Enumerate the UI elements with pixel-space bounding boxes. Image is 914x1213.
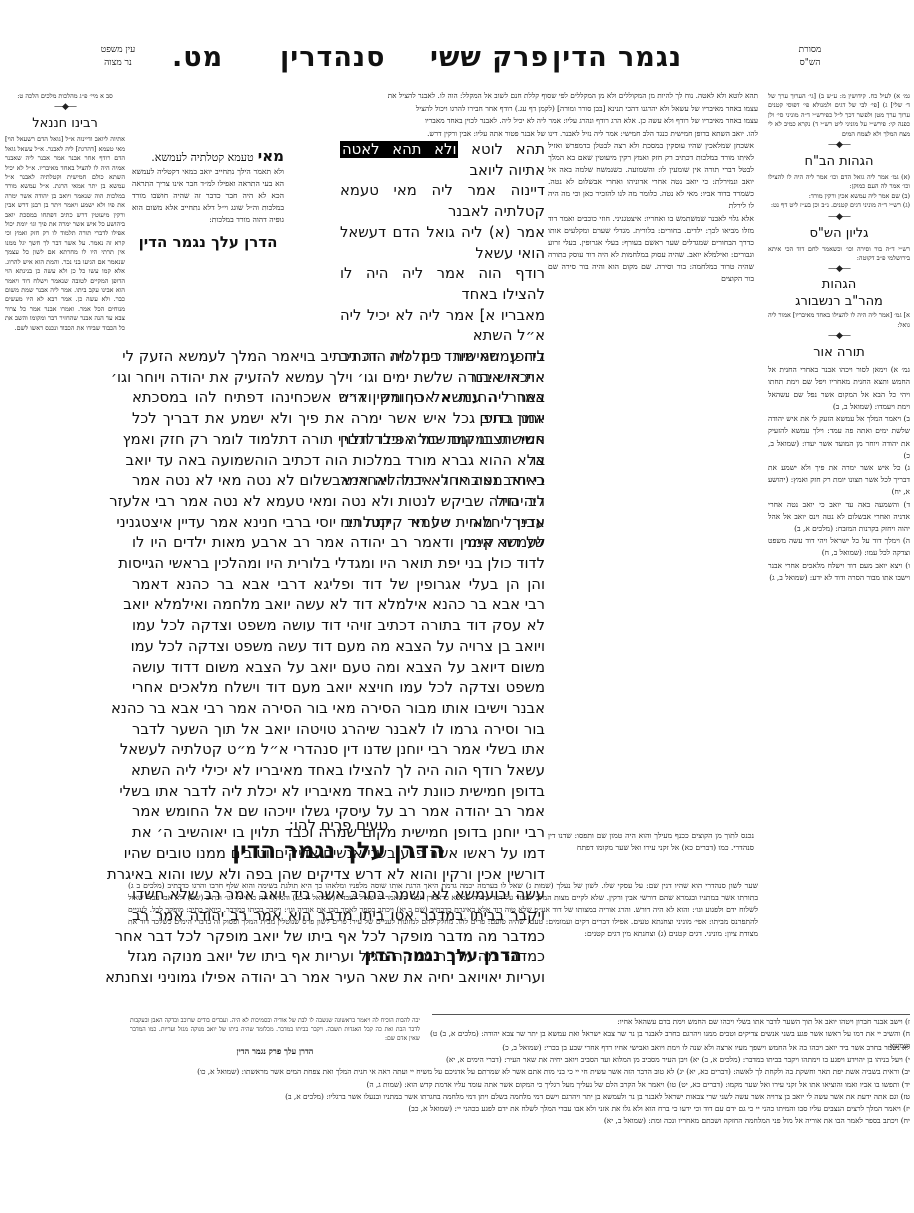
gemara-line: את איש יהודה שלשת ימים וגו׳ וילך עמשא לה… — [132, 368, 545, 389]
tosafot-hadran: הדרן עלך נגמר הדין — [132, 230, 284, 254]
ein-mishpat-column: סב א מיי׳ פ״ג מהלכות מלכים הלכה ט: —◆— ר… — [5, 92, 125, 1195]
gemara-line: כי יואב נטה אחרי אדניה ואחרי אבשלום לא נ… — [132, 471, 545, 492]
rashi-bottom-text: שער לשון סנהדרי הוא שהיו דנין שם: על עסק… — [128, 880, 758, 940]
right-margin-column: גמ׳ א) לעיל כח. קידושין מ: ע״ש ב) [גי׳ ה… — [768, 92, 910, 584]
ornament-divider-icon: —◆— — [768, 330, 910, 342]
gemara-line: רבי אבא בר כהנא אילמלא דוד לא עשה יואב מ… — [132, 595, 545, 616]
gemara-line: אמר כתיב גכל איש אשר ימרה את פיך ולא ישמ… — [132, 409, 545, 430]
gemara-text: תהא לוטא — [458, 141, 545, 158]
gemara-closing: טעים פרים להו: — [132, 816, 545, 837]
torah-or-item: ד) והשמעה באה עד יואב כי יואב נטה אחרי א… — [768, 499, 910, 536]
tractate-name: סנהדרין — [280, 42, 385, 73]
footnotes-wide: לא נשמר בחרב אשר ביד יואב ויכהו בה אל הח… — [130, 1042, 910, 1127]
text-selection-highlight[interactable]: ולא תהא לאטה — [340, 141, 458, 158]
top-commentary-line: תהא לוטא ולא לאטה. נוח לך להיות מן המקול… — [128, 90, 758, 103]
ornament-divider-icon: —◆— — [768, 263, 910, 275]
gemara-line: בור וסירה גרמו לו לאבנר שיהרג טויטהו יוא… — [132, 720, 545, 741]
gemara-line: רודף הוה אמר ליה היה לו להצילו באחד — [340, 264, 545, 305]
top-commentary-line: עצמו באחד מאיבריו של רודף ולא עשה כן. אל… — [128, 115, 758, 128]
torah-or-item: ג) כל איש אשר ימרה את פיך ולא ישמע את דב… — [768, 462, 910, 499]
ein-mishpat-label-line2: נר מצוה — [88, 57, 148, 70]
masoret-hashas-label-line1: מסורת — [780, 44, 840, 57]
torah-or-list: גמ׳ א) וימאן לסור ויכהו אבנר באחרי החנית… — [768, 364, 910, 584]
ornament-divider-icon: —◆— — [768, 139, 910, 151]
tosafot-dibbur-rest: טעמא קטלתיה לעמשא. — [151, 151, 253, 164]
gemara-line-0: תהא לוטא ולא תהא לאטה אתיוה ליואב — [340, 140, 545, 181]
gemara-line: אבנר וישיבו אותו מבור הסירה מאי בור הסיר… — [132, 699, 545, 720]
folio-number: מט. — [172, 42, 223, 73]
hagahot-habach-item: (ב) שם אמר ליה עמשא אכין ורקין מורד: — [768, 192, 910, 201]
footnote-line: לא נשמר בחרב אשר ביד יואב ויכהו בה אל הח… — [130, 1042, 910, 1054]
top-commentary-line: עצמו באחד מאיבריו של עשאל ולא יהרגנו דהכ… — [128, 103, 758, 116]
gilyon-hashas-title: גליון הש"ס — [768, 225, 910, 243]
hagahot-maharab-title: הגהות — [768, 277, 910, 292]
rabbeinu-chananel-title: רבינו חננאל — [5, 115, 125, 133]
chapter-name: נגמר הדין — [552, 42, 682, 73]
footnote-line: יז) ויאמר המלך לרצים הנצבים עליו סבו והמ… — [130, 1103, 910, 1115]
ornament-divider-icon: —◆— — [5, 101, 125, 113]
rashi-column-end: נכנס לתוך מן הקוצים ככנף מעילך והוא היה … — [548, 830, 754, 854]
gemara-line: משפט וצדקה לכל עמו חויצא יואב מעם דוד וי… — [132, 678, 545, 699]
footnote-left-text: יבה להבות הוכיח לה ויאמר בראשונה שנשבה ל… — [130, 1016, 420, 1043]
footnote-divider — [432, 1014, 910, 1015]
gemara-line: של דוד קיימין ודאמר רב יהודה אמר רב ארבע… — [132, 533, 545, 554]
torah-or-item: ב) ויאמר המלך אל עמשא הזעק לי את איש יהו… — [768, 413, 910, 462]
torah-or-title: תורה אור — [768, 344, 910, 362]
hagahot-maharab-text: א] גמ׳ [אמר ליה היה לו להצילו באחד מאיבר… — [768, 311, 910, 330]
gemara-line: לא עסק דוד בתורה דכתיב זויהי דוד עושה מש… — [132, 616, 545, 637]
torah-or-item: גמ׳ א) וימאן לסור ויכהו אבנר באחרי החנית… — [768, 364, 910, 413]
gilyon-hashas-text: רש״י ד״ה בור וסירה וכו׳ וכשאמר לחם דוד ה… — [768, 245, 910, 264]
tosafot-dibbur-word: מאי — [258, 147, 284, 165]
top-commentary-line: להו. יואב השתא בדופן חמישית כנגד הלב חמי… — [128, 128, 758, 141]
gemara-line: לדוד כולן בני יפת תואר היו ומגדלי בלורית… — [132, 554, 545, 575]
gemara-line: עדיין ליחלוחית של דוד קיימת רבי יוסי ברב… — [132, 513, 545, 534]
rashi-text-upper: אשכחן שמלאכין שהיו עוסקין במסכת ולא רצה … — [548, 140, 754, 213]
gemara-hadran: הדרן עלך נגמר הדין — [132, 836, 545, 866]
footnote-line: י) ויעל בניהו בן יהוידע ויפגע בו וימתהו … — [130, 1054, 910, 1066]
tosafot-heading: מאי טעמא קטלתיה לעמשא. — [132, 148, 284, 166]
top-commentary: תהא לוטא ולא לאטה. נוח לך להיות מן המקול… — [128, 90, 758, 140]
page-header: עין משפט נר מצוה מט. סנהדרין פרק ששי נגמ… — [0, 40, 914, 90]
footnote-line: ז) וישב אבנר חברון ויטהו יואב אל תוך השע… — [430, 1016, 910, 1028]
torah-or-item: ה) וימלך דוד על כל ישראל ויהי דוד עשה מש… — [768, 535, 910, 559]
ein-mishpat-entry: סב א מיי׳ פ״ג מהלכות מלכים הלכה ט: — [5, 92, 125, 101]
rashi-text-middle: אלא גלוי לאבנר שמשתמש בו ואחריו: איצטגני… — [548, 213, 754, 286]
tosafot-column: מאי טעמא קטלתיה לעמשא. ולא תאמר הילך נתח… — [132, 148, 284, 254]
torah-or-item: ו) ויצא יואב מעם דוד וישלח מלאכים אחרי א… — [768, 560, 910, 584]
ein-mishpat-label: עין משפט נר מצוה — [88, 44, 148, 70]
hagahot-habach-item: (ג) רש״י ד״ה מוניני דגים קטנים. נ״ב וכן … — [768, 201, 910, 210]
rabbeinu-chananel-text: אתיוה ליואב ודיינוה א״ל [גואל הדם רשעאל … — [5, 135, 125, 1195]
gemara-line: ויואב בן צרויה על הצבא מה מעם דוד עשה מש… — [132, 637, 545, 658]
tosafot-text: ולא תאמר הילך נתחייב יואב במאי דקטליה לע… — [132, 166, 284, 226]
hagahot-habach-item: (א) גמ׳ אמר ליה גואל הדם וכו׳ אמר ליה הי… — [768, 173, 910, 192]
masoret-hashas-label-line2: הש"ס — [780, 57, 840, 70]
gemara-line: רב יהודה שביקש לנטות ולא נטה ומאי טעמא ל… — [132, 492, 545, 513]
rashi-text-lower: נכנס לתוך מן הקוצים ככנף מעילך והוא היה … — [548, 830, 754, 854]
chapter-number: פרק ששי — [430, 42, 549, 73]
gemara-line: והן הן בעלי אגרופין של דוד ופליגא דרבי א… — [132, 575, 545, 596]
gemara-text: אתיוה ליואב — [469, 162, 545, 179]
gemara-line: משום דיואב על הצבא ומה טעם יואב על הצבא … — [132, 658, 545, 679]
ornament-divider-icon: —◆— — [768, 211, 910, 223]
hagahot-habach-title: הגהות הב"ח — [768, 153, 910, 171]
ein-mishpat-label-line1: עין משפט — [88, 44, 148, 57]
footnote-line: יד) ותפשו בו אביו ואמו והוציאו אתו אל זק… — [130, 1079, 910, 1091]
gemara-line: ועריות יאויואב יחיה את שאר העיר אמר רב י… — [132, 968, 545, 989]
rashi-bottom-block: שער לשון סנהדרי הוא שהיו דנין שם: על עסק… — [128, 880, 758, 969]
footnote-line: יב) וראית בשביה אשת יפת תאר וחשקת בה ולק… — [130, 1066, 910, 1078]
gemara-line: אתו בשלי אמר רבי יוחנן שדנו דין סנהדרי א… — [132, 740, 545, 761]
gemara-line: אשר תצונו יומת יכול אפילו לדברי תורה דתל… — [132, 430, 545, 451]
gemara-line: ליה עמשא מורד במלכות הוה דכתיב בויאמר המ… — [132, 347, 545, 368]
footnote-line: יח) ויכתב בספר לאמר הבו את אוריה אל מול … — [130, 1115, 910, 1127]
rashi-hadran: הדרן עלך נגמר הדין — [128, 943, 758, 969]
gemara-line: בדופן חמישית כוונת ליה באחד מאיבריו לא י… — [132, 782, 545, 803]
gemara-line: דיינוה אמר ליה מאי טעמא קטלתיה לאבנר — [340, 181, 545, 222]
gemara-line: עשאל רודף הוה היה לך להצילו באחד מאיבריו… — [132, 761, 545, 782]
gemara-line: אלא ההוא גברא מורד במלכות הוה דכתיב הוהש… — [132, 451, 545, 472]
rashi-column: אשכחן שמלאכין שהיו עוסקין במסכת ולא רצה … — [548, 140, 754, 828]
masoret-hashas-text: גמ׳ א) לעיל כח. קידושין מ: ע״ש ב) [גי׳ ה… — [768, 92, 910, 139]
footnote-line: טז) וגם אתה ידעת את אשר עשה לי יואב בן צ… — [130, 1091, 910, 1103]
gemara-line: אמר (א) ליה גואל הדם דעשאל הואי עשאל — [340, 223, 545, 264]
gemara-line: אמר ליה עמשא אכין ורקין דרש אשכחינהו דפת… — [132, 388, 545, 409]
hagahot-maharab-subtitle: מהר"ב רנשבורג — [768, 294, 910, 309]
gemara-line: מאבריו א] אמר ליה לא יכיל ליה א״ל השתא — [340, 306, 545, 347]
masoret-hashas-label: מסורת הש"ס — [780, 44, 840, 70]
